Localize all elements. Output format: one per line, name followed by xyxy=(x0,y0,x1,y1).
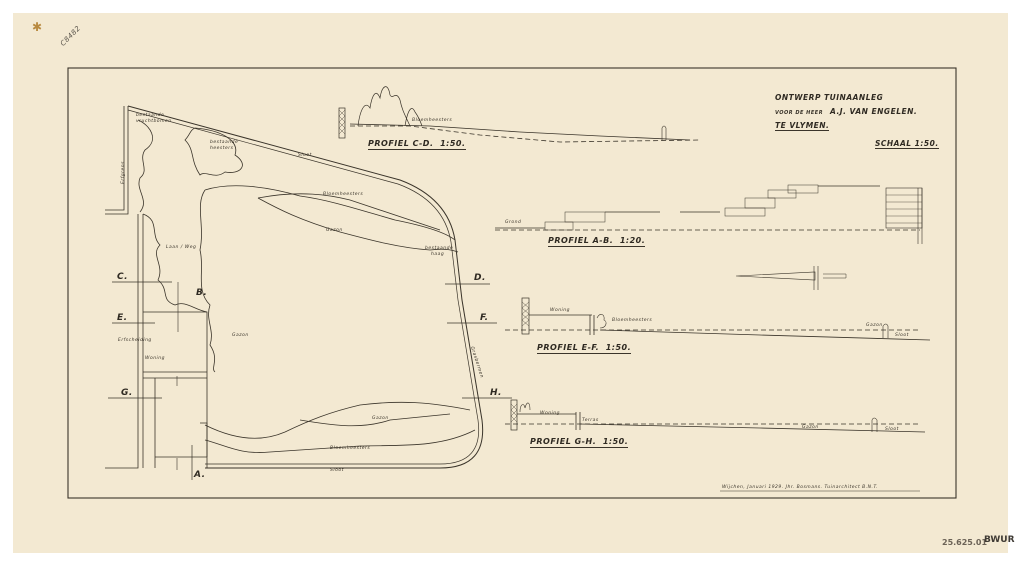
profile-ef-note-house: Woning xyxy=(550,308,570,313)
title-line-1: ONTWERP TUINAANLEG xyxy=(775,93,883,102)
archive-stamp: 25.625.01 xyxy=(942,538,987,547)
profile-ef-title: PROFIEL E-F. 1:50. xyxy=(537,343,631,354)
section-marker-g: G. xyxy=(121,388,133,398)
section-marker-d: D. xyxy=(474,273,486,283)
section-marker-f: F. xyxy=(480,313,489,323)
label-house-1: Erfscheiding xyxy=(118,338,152,343)
title-line-3: TE VLYMEN. xyxy=(775,121,829,131)
profile-gh-title: PROFIEL G-H. 1:50. xyxy=(530,437,628,448)
title-line-2-prefix: VOOR DE HEER xyxy=(775,110,823,116)
archive-code: BWUR xyxy=(984,535,1015,545)
label-top-center-1: bestaande xyxy=(210,140,238,145)
profile-gh-note-lawn: Gazon xyxy=(802,425,819,430)
profile-ef-note-ditch: Sloot xyxy=(895,333,909,338)
profile-gh-note-terrace: Terras xyxy=(582,418,599,423)
profile-ef-note-bed: Bloemheesters xyxy=(612,318,652,323)
label-top-left-1: bestaande xyxy=(136,113,164,118)
label-top-center-2: heesters xyxy=(210,146,233,151)
site-plan xyxy=(105,106,512,480)
profile-cd-note: Bloemheesters xyxy=(412,118,452,123)
label-lower-bed: Gazon xyxy=(372,416,389,421)
profile-cd-title: PROFIEL C-D. 1:50. xyxy=(368,139,466,150)
section-marker-h: H. xyxy=(490,388,502,398)
footer-signature: Wijchen, Januari 1929. Jhr. Bosmans. Tui… xyxy=(722,485,878,490)
section-marker-e: E. xyxy=(117,313,128,323)
label-right-note-2: haag xyxy=(431,252,444,257)
profile-ef-drawing xyxy=(505,298,930,340)
label-lower-border: Bloemheesters xyxy=(330,446,370,451)
profile-cd-drawing xyxy=(339,87,700,142)
profile-gh-note-house: Woning xyxy=(540,411,560,416)
stake-detail-drawing xyxy=(736,266,846,290)
section-marker-c: C. xyxy=(117,272,128,282)
profile-gh-note-ditch: Sloot xyxy=(885,427,899,432)
title-line-2-name: A.J. VAN ENGELEN. xyxy=(830,107,917,116)
title-scale: SCHAAL 1:50. xyxy=(875,139,939,149)
label-upper-bed: Bloemheesters xyxy=(323,192,363,197)
profile-ef-note-lawn: Gazon xyxy=(866,323,883,328)
label-right-note-1: bestaande xyxy=(425,246,453,251)
label-top-left-2: vruchtbomen xyxy=(136,119,172,124)
profile-gh-drawing xyxy=(505,400,925,432)
label-house-2: Woning xyxy=(145,356,165,361)
profile-ab-title: PROFIEL A-B. 1:20. xyxy=(548,236,645,247)
label-bottom-edge: Sloot xyxy=(330,468,344,473)
label-top-edge: Sloot xyxy=(298,153,312,158)
garden-plan-drawing xyxy=(0,0,1020,562)
section-marker-a: A. xyxy=(194,470,206,480)
corner-mark: ✱ xyxy=(32,20,42,34)
profile-ab-note: Grond xyxy=(505,220,521,225)
label-left-wall: Erfgrens xyxy=(121,161,126,184)
label-left-side: Laan / Weg xyxy=(166,245,196,250)
section-marker-b: B. xyxy=(196,288,207,298)
label-left-lawn: Gazon xyxy=(232,333,249,338)
label-upper-grass: Gazon xyxy=(326,228,343,233)
